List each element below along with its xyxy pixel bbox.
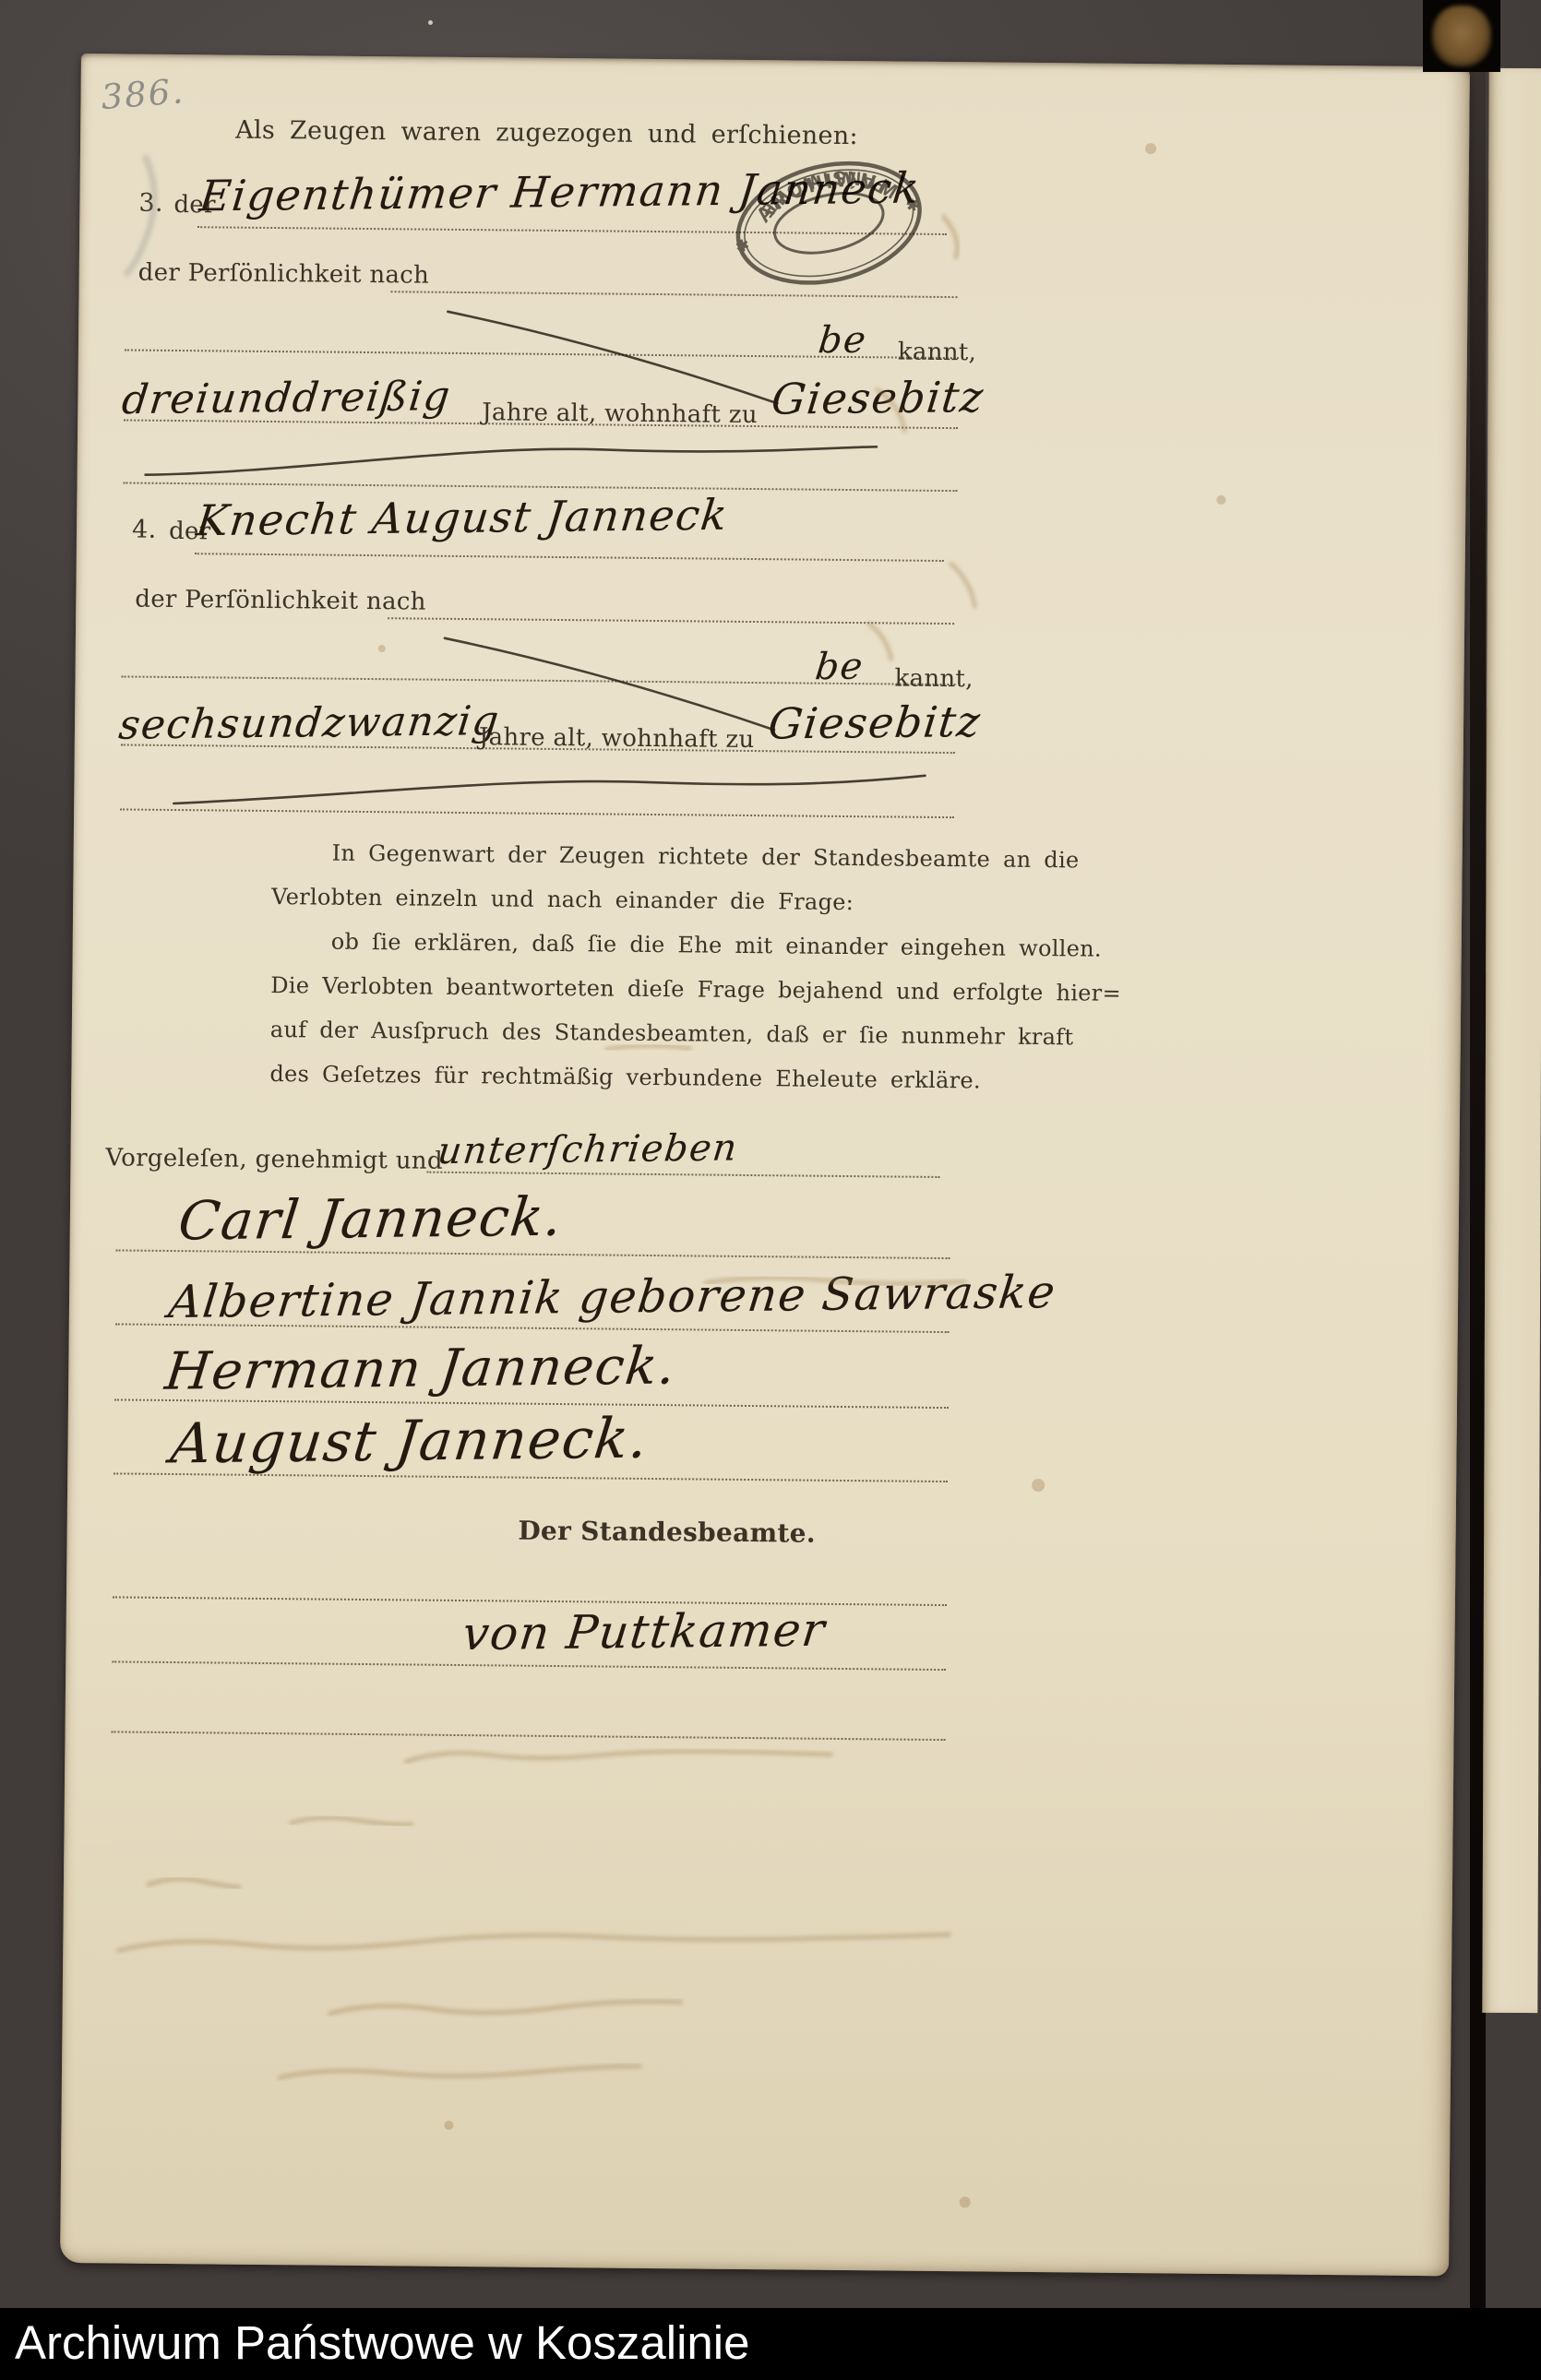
ink-bleedthrough — [706, 1277, 964, 1285]
ink-bleedthrough — [950, 564, 974, 606]
ink-cancellation-stroke — [146, 440, 877, 482]
ink-bleedthrough — [943, 217, 958, 257]
facing-page-edge — [1482, 68, 1541, 2013]
ink-bleedthrough — [118, 1926, 949, 1958]
ink-bleedthrough — [149, 1879, 239, 1887]
ink-cancellation-stroke — [444, 638, 775, 730]
ink-bleedthrough — [406, 1748, 830, 1765]
dust-speck — [428, 20, 433, 25]
archive-caption-bar: Archiwum Państwowe w Koszalinie — [0, 2308, 1541, 2380]
ink-bleedthrough — [877, 389, 904, 430]
ink-bleedthrough — [280, 2063, 639, 2081]
binding-fibers — [1432, 6, 1491, 66]
ink-cancellation-stroke — [173, 768, 925, 811]
ink-bleedthrough — [330, 1998, 681, 2017]
pencil-ghost-mark — [125, 155, 155, 275]
register-page: 386. Als Zeugen waren zugezogen und erſc… — [60, 54, 1470, 2276]
ink-bleedthrough — [292, 1817, 412, 1825]
archival-scan: 386. Als Zeugen waren zugezogen und erſc… — [0, 0, 1541, 2380]
foxing-spots — [364, 136, 1229, 2210]
ink-strokes-overlay — [60, 54, 1470, 2276]
ink-cancellation-stroke — [447, 312, 778, 403]
ink-bleedthrough — [869, 624, 891, 659]
archive-caption-text: Archiwum Państwowe w Koszalinie — [15, 2315, 749, 2370]
ink-bleedthrough — [607, 1045, 690, 1050]
